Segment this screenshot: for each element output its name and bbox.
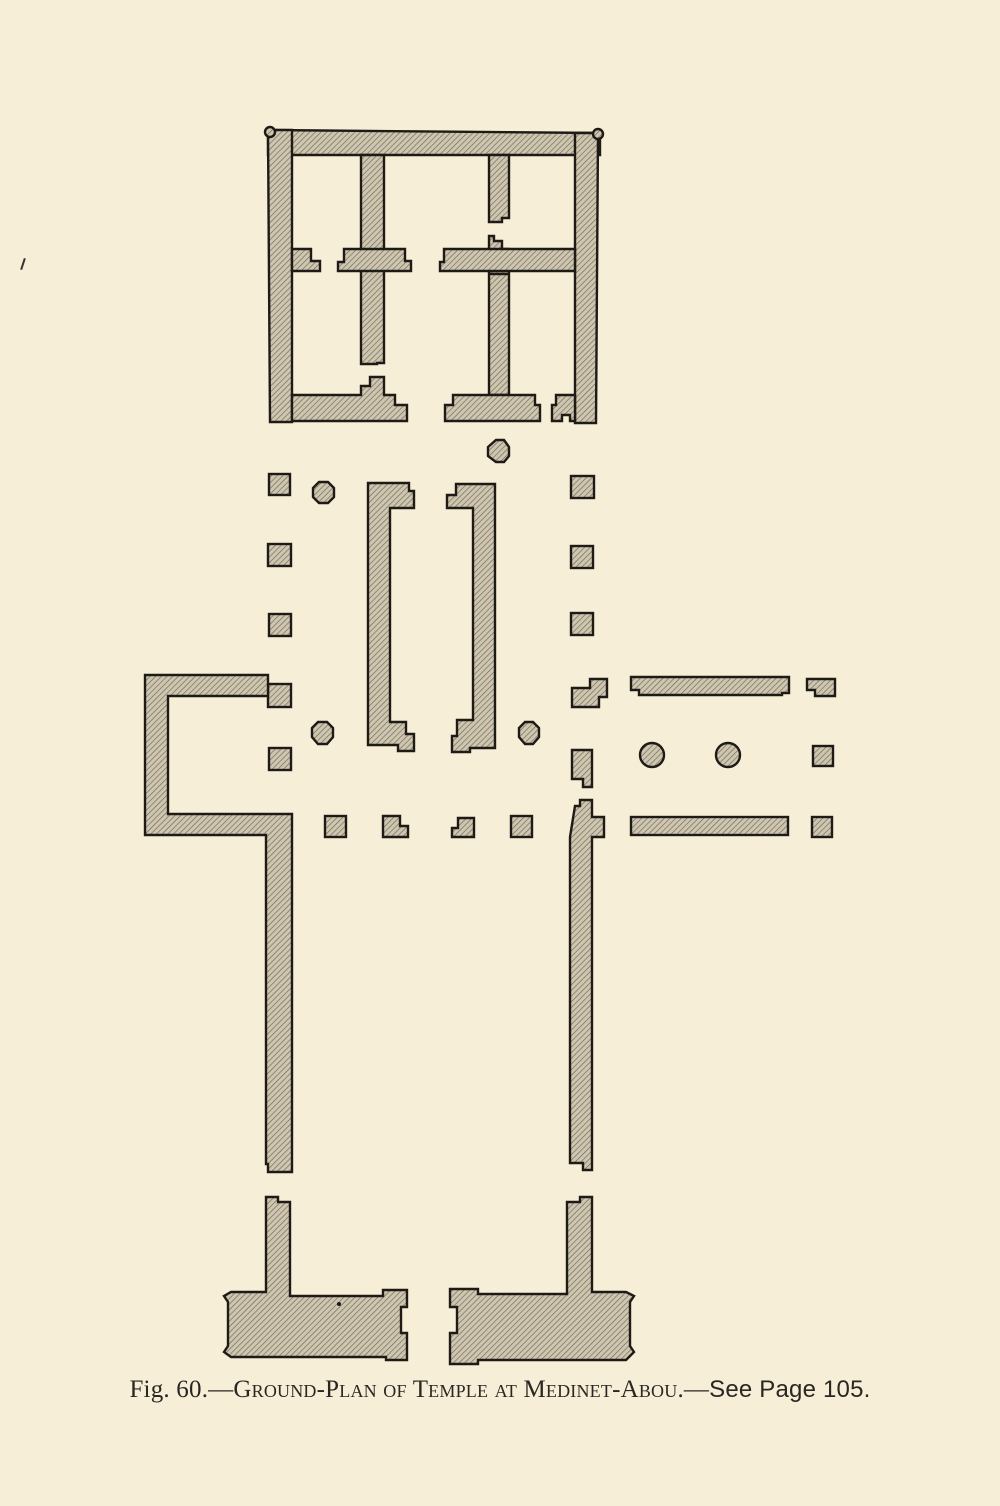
caption-title: Ground-Plan of Temple at Medinet-Abou. <box>233 1376 684 1403</box>
square-pier <box>571 476 594 498</box>
pier <box>452 818 474 837</box>
square-pier <box>571 613 593 635</box>
square-pier <box>269 474 290 495</box>
octagonal-column <box>313 482 334 503</box>
ink-speck <box>337 1302 341 1306</box>
square-pier <box>511 816 532 837</box>
forecourt-right-wall <box>570 800 604 1170</box>
pier <box>383 816 408 837</box>
square-pier <box>268 684 291 707</box>
square-pier <box>268 544 291 566</box>
square-pier <box>813 746 833 766</box>
pylon-right-tower <box>450 1197 634 1364</box>
square-pier <box>325 816 346 837</box>
caption-dash: — <box>208 1376 233 1403</box>
pylon-left-tower <box>224 1197 407 1360</box>
sanctuary-left-wall <box>268 130 292 422</box>
sanctuary-right-wall <box>575 133 598 423</box>
temple-ground-plan <box>0 0 1000 1506</box>
square-pier <box>269 614 291 636</box>
central-enclosure-right <box>447 484 495 752</box>
sanctuary-top-wall <box>268 130 600 155</box>
caption-dash: — <box>684 1376 709 1403</box>
caption-see-page: See Page 105. <box>709 1376 870 1403</box>
round-column <box>640 743 664 767</box>
round-column <box>716 743 740 767</box>
pylon <box>224 1197 634 1364</box>
central-enclosure-left <box>368 483 414 751</box>
octagonal-column <box>312 722 333 744</box>
octagonal-column <box>488 440 509 462</box>
square-pier <box>571 546 593 568</box>
side-hall <box>572 677 835 837</box>
hypostyle-court <box>268 440 594 837</box>
caption-fig-label: Fig. 60. <box>129 1376 208 1403</box>
octagonal-column <box>519 722 539 744</box>
sanctuary-block <box>265 127 603 423</box>
square-pier <box>269 748 291 770</box>
figure-caption: Fig. 60.—Ground-Plan of Temple at Medine… <box>0 1376 1000 1404</box>
